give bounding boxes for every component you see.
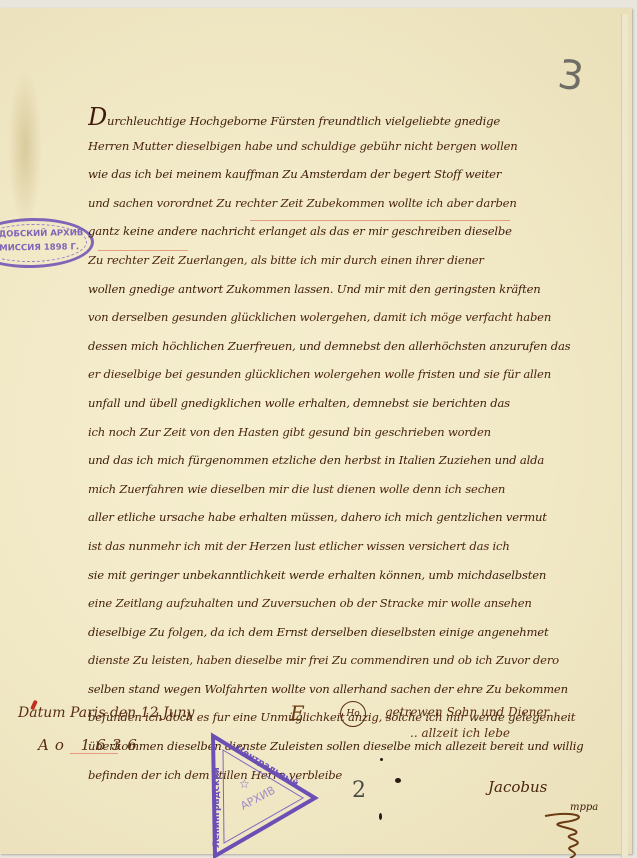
ink-blot: [379, 813, 382, 820]
letter-body: Durchleuchtige Hochgeborne Fürsten freun…: [88, 103, 628, 789]
text-line: und sachen vorordnet Zu rechter Zeit Zub…: [88, 189, 628, 218]
stamp-left-text: Ленинградский: [212, 767, 222, 848]
text-line: eine Zeitlang aufzuhalten und Zuversuche…: [88, 589, 628, 618]
folio-number: 3: [555, 51, 587, 100]
signature: Jacobus: [488, 778, 547, 796]
text-line: er dieselbige bei gesunden glücklichen w…: [88, 360, 628, 389]
text-line: Zu rechter Zeit Zuerlangen, als bitte ic…: [88, 246, 628, 275]
year-line: Ao 1636: [38, 736, 143, 754]
triangle-stamp-icon: Ленинградский Центральный АРХИВ ☆: [205, 728, 325, 858]
ink-blot: [395, 778, 401, 783]
text-line: selben stand wegen Wolfahrten wollte von…: [88, 675, 628, 704]
red-underline: [70, 753, 118, 754]
page-number: 2: [352, 778, 366, 803]
paper-stain: [8, 68, 42, 228]
oval-archive-stamp: СЕРДОБСКИЙ АРХИВ КОМИССИЯ 1898 Г.: [0, 217, 94, 269]
text-line: Herren Mutter dieselbigen habe und schul…: [88, 132, 628, 161]
valediction-line-2: .. allzeit ich lebe: [410, 726, 510, 740]
text-line: von derselben gesunden glücklichen woler…: [88, 303, 628, 332]
text-line: wollen gnedige antwort Zukommen lassen. …: [88, 275, 628, 304]
text-line: aller etliche ursache habe erhalten müss…: [88, 503, 628, 532]
text-line: ist das nunmehr ich mit der Herzen lust …: [88, 532, 628, 561]
text-line: überkommen dieselben dienste Zuleisten s…: [88, 732, 628, 761]
valediction-line-1: getrewen Sohn und Diener: [385, 705, 549, 719]
text-line: sie mit geringer unbekanntlichkeit werde…: [88, 561, 628, 590]
monogram: E: [290, 701, 305, 725]
text-line: dienste Zu leisten, haben dieselbe mir f…: [88, 646, 628, 675]
text-line: Durchleuchtige Hochgeborne Fürsten freun…: [88, 103, 628, 132]
text-line: mich Zuerfahren wie dieselben mir die lu…: [88, 475, 628, 504]
text-line: und das ich mich fürgenommen etzliche de…: [88, 446, 628, 475]
manuscript-page: 3 СЕРДОБСКИЙ АРХИВ КОМИССИЯ 1898 Г. Durc…: [0, 8, 632, 854]
signature-flourish-icon: [535, 808, 595, 858]
text-line: gantz keine andere nachricht erlanget al…: [88, 217, 628, 246]
text-line: dieselbige Zu folgen, da ich dem Ernst d…: [88, 618, 628, 647]
circled-monogram: Ho: [340, 701, 366, 727]
text-line: dessen mich höchlichen Zuerfreuen, und d…: [88, 332, 628, 361]
text-line: wie das ich bei meinem kauffman Zu Amste…: [88, 160, 628, 189]
ink-blot: [380, 758, 383, 761]
text-line: unfall und übell gnedigklichen wolle erh…: [88, 389, 628, 418]
text-line: ich noch Zur Zeit von den Hasten gibt ge…: [88, 418, 628, 447]
star-icon: ☆: [239, 777, 250, 791]
date-line: Datum Paris den 12 Juny: [18, 705, 194, 721]
triangular-archive-stamp: Ленинградский Центральный АРХИВ ☆: [205, 728, 325, 858]
